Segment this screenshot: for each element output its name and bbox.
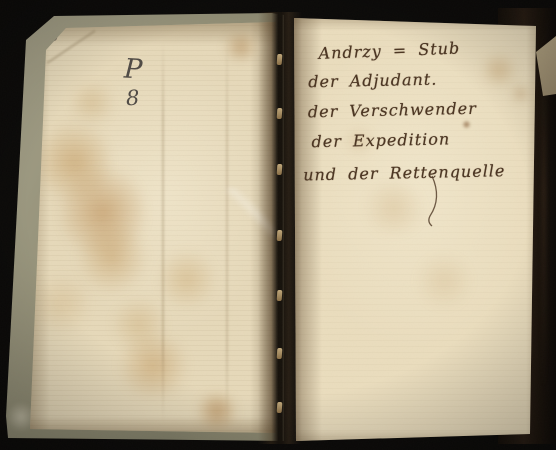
- binding-stitch: [277, 290, 283, 301]
- paper-crease: [162, 42, 164, 422]
- binding-stitch: [277, 164, 283, 175]
- ink-flourish-descender: [422, 174, 446, 230]
- pencil-letter-p: P: [123, 56, 143, 84]
- leather-highlight: [542, 60, 546, 390]
- inscription-line: und der Rettenquelle: [303, 161, 532, 196]
- photo-open-antique-book: 8 P 8 Andrzy = Stub der Adjudant. der Ve…: [0, 0, 556, 450]
- foxing-stain: [36, 268, 88, 340]
- foxing-stain: [194, 392, 240, 430]
- binding-stitch: [277, 402, 283, 413]
- inscription-line: der Adjudant.: [308, 68, 530, 103]
- handwritten-inscription: Andrzy = Stub der Adjudant. der Verschwe…: [306, 38, 531, 196]
- inscription-line: der Verschwender: [308, 98, 531, 133]
- foxing-stain: [66, 82, 118, 124]
- inscription-line: der Expedition: [311, 128, 531, 163]
- foxing-stain: [412, 254, 476, 308]
- foxing-stain: [108, 298, 170, 350]
- binding-stitch: [277, 348, 283, 359]
- binding-stitch: [277, 230, 283, 241]
- binding-stitch: [277, 54, 283, 65]
- binding-gutter: [258, 12, 302, 444]
- pencil-numeral-below-p: 8: [126, 88, 140, 109]
- right-flyleaf-page: Andrzy = Stub der Adjudant. der Verschwe…: [290, 16, 538, 444]
- binding-stitch: [277, 108, 283, 119]
- left-endpaper-page: 8 P 8: [28, 20, 278, 434]
- foxing-stain: [156, 248, 218, 310]
- foxing-stain: [76, 220, 148, 295]
